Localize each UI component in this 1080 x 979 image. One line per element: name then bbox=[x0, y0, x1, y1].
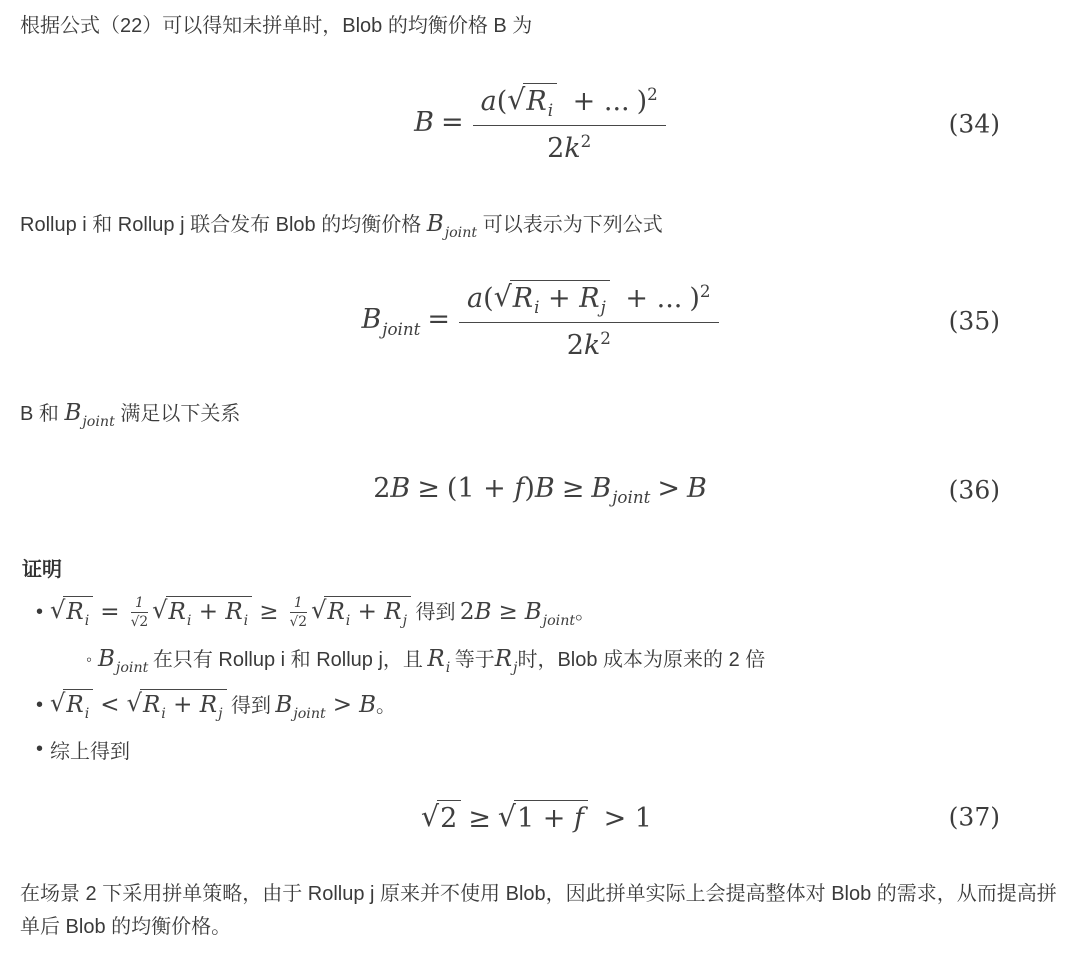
sub-joint: joint bbox=[382, 319, 420, 339]
paragraph-joint-price: Rollup i 和 Rollup j 联合发布 Blob 的均衡价格 Bjoi… bbox=[20, 208, 1060, 250]
sqrt-Ri-plus-Rj: √Ri + Rj bbox=[494, 280, 610, 317]
var-a: a bbox=[481, 86, 497, 117]
sqrt-1-plus-f: √1 + f bbox=[498, 800, 588, 834]
fraction-1-over-sqrt2: 1√2 bbox=[290, 595, 308, 630]
bullet-icon: • bbox=[20, 694, 50, 717]
bullet-2-conclusion: Bjoint>B bbox=[275, 692, 376, 718]
fraction-denominator: 2k2 bbox=[473, 125, 666, 164]
paragraph-relation-post: 满足以下关系 bbox=[120, 403, 240, 425]
formula-37: √2≥√1 + f > 1 bbox=[421, 800, 659, 834]
sub-i: i bbox=[548, 100, 553, 120]
bullet-2-math: √Ri<√Ri + Rj bbox=[50, 692, 227, 718]
var-B-joint: Bjoint bbox=[98, 646, 148, 672]
fraction-denominator: 2k2 bbox=[459, 322, 719, 361]
sqrt-Ri-plus-Rj: √Ri + Rj bbox=[311, 596, 411, 629]
radical-sign: √ bbox=[494, 280, 512, 313]
paragraph-conclusion-text: 在场景 2 下采用拼单策略，由于 Rollup j 原来并不使用 Blob，因此… bbox=[20, 883, 1057, 938]
paren-open: ( bbox=[483, 283, 494, 314]
article-page: 根据公式（22）可以得知未拼单时，Blob 的均衡价格 B 为 B=a(√Ri … bbox=[0, 0, 1080, 944]
proof-heading: 证明 bbox=[22, 553, 1060, 582]
var-B: B bbox=[361, 304, 381, 335]
geq-sign: ≥ bbox=[259, 599, 278, 625]
paragraph-intro-text: 根据公式（22）可以得知未拼单时，Blob 的均衡价格 B 为 bbox=[20, 15, 532, 37]
gt-sign: > bbox=[657, 473, 680, 504]
var-f: f bbox=[514, 473, 524, 504]
circle-bullet-icon: ◦ bbox=[70, 650, 98, 670]
sub-joint: joint bbox=[612, 487, 650, 507]
paren-close: ) bbox=[637, 86, 648, 117]
period: 。 bbox=[376, 695, 396, 717]
bullet-icon: • bbox=[20, 601, 50, 624]
var-B-joint: Bjoint bbox=[427, 211, 477, 237]
fraction-numerator: a(√Ri + Rj + ...)2 bbox=[459, 280, 719, 322]
fraction: a(√Ri + Rj + ...)22k2 bbox=[459, 280, 719, 361]
geq-sign: ≥ bbox=[562, 473, 585, 504]
period: 。 bbox=[575, 602, 595, 624]
equation-number-34: (34) bbox=[949, 109, 1000, 138]
equation-number-36: (36) bbox=[949, 476, 1000, 505]
paragraph-joint-pre: Rollup i 和 Rollup j 联合发布 Blob 的均衡价格 bbox=[20, 214, 421, 236]
bullet-1-math: √Ri=1√2√Ri + Ri≥1√2√Ri + Rj bbox=[50, 599, 411, 625]
sqrt-Ri-plus-Ri: √Ri + Ri bbox=[152, 596, 252, 629]
formula-35: Bjoint=a(√Ri + Rj + ...)22k2 bbox=[361, 280, 718, 361]
bullet-1-conclusion: 2B≥Bjoint bbox=[460, 599, 575, 625]
bullet-1-text: 得到 bbox=[415, 602, 455, 624]
fraction: a(√Ri + ...)22k2 bbox=[473, 83, 666, 164]
equation-36: 2B≥(1 + f)B≥Bjoint>B (36) bbox=[20, 473, 1060, 507]
var-R-j: Rj bbox=[495, 646, 518, 672]
superscript-2: 2 bbox=[581, 131, 592, 151]
equation-number-37: (37) bbox=[949, 802, 1000, 831]
fraction-numerator: a(√Ri + ...)2 bbox=[473, 83, 666, 125]
sqrt-Ri-plus-Rj: √Ri + Rj bbox=[127, 689, 227, 722]
paragraph-relation-pre: B 和 bbox=[20, 403, 59, 425]
subbullet-text-3: 时，Blob 成本为原来的 2 倍 bbox=[517, 649, 765, 671]
sqrt-Ri: √Ri bbox=[507, 83, 557, 120]
superscript-2: 2 bbox=[700, 281, 711, 301]
lt-sign: < bbox=[100, 692, 119, 718]
num-2: 2 bbox=[547, 133, 564, 164]
var-B-joint: Bjoint bbox=[64, 400, 114, 426]
bullet-2-text: 得到 bbox=[231, 695, 271, 717]
plus-dots: + ... bbox=[573, 86, 630, 117]
gt-one: > 1 bbox=[604, 803, 652, 834]
geq-sign: ≥ bbox=[468, 803, 491, 834]
equals-sign: = bbox=[427, 304, 450, 335]
sqrt-Ri: √Ri bbox=[50, 596, 93, 629]
plus-dots: + ... bbox=[625, 283, 682, 314]
bullet-icon: • bbox=[20, 738, 50, 761]
paren-close: ) bbox=[689, 283, 700, 314]
var-R: R bbox=[526, 86, 546, 117]
equation-35: Bjoint=a(√Ri + Rj + ...)22k2 (35) bbox=[20, 280, 1060, 361]
sqrt-Ri: √Ri bbox=[50, 689, 93, 722]
equation-37: √2≥√1 + f > 1 (37) bbox=[20, 800, 1060, 834]
radical-sign: √ bbox=[507, 83, 525, 116]
proof-subbullet-1: ◦ Bjoint 在只有 Rollup i 和 Rollup j，且 Ri 等于… bbox=[20, 643, 1060, 676]
paren-close: ) bbox=[524, 473, 535, 504]
var-a: a bbox=[467, 283, 483, 314]
radicand: Ri + Rj bbox=[510, 280, 610, 317]
open-one-plus: (1 + bbox=[447, 473, 506, 504]
formula-34: B=a(√Ri + ...)22k2 bbox=[414, 83, 666, 164]
equation-number-35: (35) bbox=[949, 306, 1000, 335]
paragraph-intro: 根据公式（22）可以得知未拼单时，Blob 的均衡价格 B 为 bbox=[20, 10, 1060, 43]
var-B: B bbox=[390, 473, 410, 504]
paren-open: ( bbox=[497, 86, 508, 117]
subbullet-text-1: 在只有 Rollup i 和 Rollup j，且 bbox=[153, 649, 423, 671]
equals-sign: = bbox=[100, 599, 119, 625]
num-2: 2 bbox=[373, 473, 390, 504]
bullet-3-text: 综上得到 bbox=[50, 741, 130, 763]
proof-bullet-1: • √Ri=1√2√Ri + Ri≥1√2√Ri + Rj 得到 2B≥Bjoi… bbox=[20, 595, 1060, 630]
equals-sign: = bbox=[441, 107, 464, 138]
geq-sign: ≥ bbox=[417, 473, 440, 504]
proof-bullet-2: • √Ri<√Ri + Rj 得到 Bjoint>B。 bbox=[20, 689, 1060, 722]
paragraph-conclusion: 在场景 2 下采用拼单策略，由于 Rollup j 原来并不使用 Blob，因此… bbox=[20, 878, 1060, 944]
formula-36: 2B≥(1 + f)B≥Bjoint>B bbox=[373, 473, 707, 507]
var-B: B bbox=[414, 107, 434, 138]
fraction-1-over-sqrt2: 1√2 bbox=[131, 595, 149, 630]
var-R-i: Ri bbox=[427, 646, 450, 672]
equation-34: B=a(√Ri + ...)22k2 (34) bbox=[20, 83, 1060, 164]
paragraph-joint-post: 可以表示为下列公式 bbox=[483, 214, 663, 236]
subbullet-text-2: 等于 bbox=[455, 649, 495, 671]
proof-bullet-3: • 综上得到 bbox=[20, 735, 1060, 764]
superscript-2: 2 bbox=[647, 84, 658, 104]
sqrt-2: √2 bbox=[421, 800, 461, 834]
var-k: k bbox=[564, 133, 580, 164]
paragraph-relation: B 和 Bjoint 满足以下关系 bbox=[20, 397, 1060, 439]
radicand: Ri bbox=[523, 83, 557, 120]
